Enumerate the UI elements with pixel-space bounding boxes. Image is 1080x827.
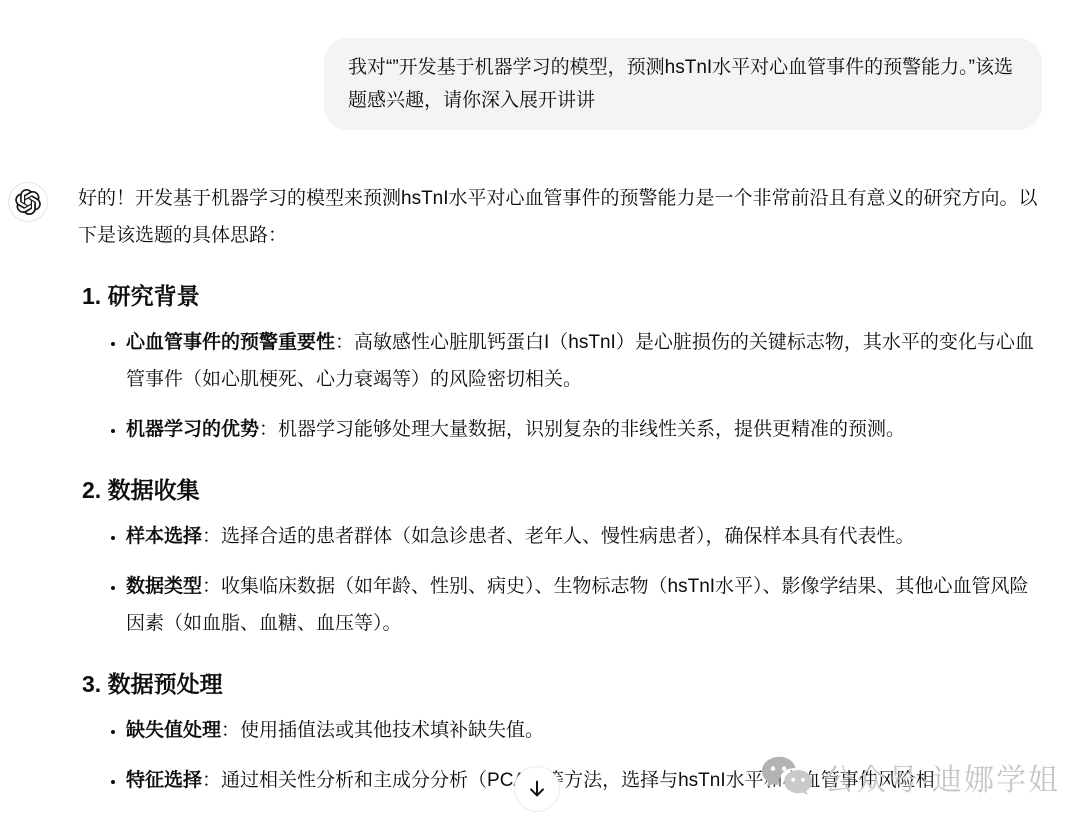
bullet-item: 机器学习的优势：机器学习能够处理大量数据，识别复杂的非线性关系，提供更精准的预测… — [126, 411, 1046, 448]
bullet-text: ：选择合适的患者群体（如急诊患者、老年人、慢性病患者），确保样本具有代表性。 — [202, 526, 915, 547]
arrow-down-icon — [526, 778, 548, 800]
bullet-item: 特征选择：通过相关性分析和主成分分析（PCA）等方法，选择与hsTnI水平和心血… — [126, 762, 1046, 799]
assistant-intro-paragraph: 好的！开发基于机器学习的模型来预测hsTnI水平对心血管事件的预警能力是一个非常… — [78, 180, 1046, 254]
assistant-sections: 1. 研究背景心血管事件的预警重要性：高敏感性心脏肌钙蛋白I（hsTnI）是心脏… — [78, 281, 1046, 799]
bullet-text: ：机器学习能够处理大量数据，识别复杂的非线性关系，提供更精准的预测。 — [259, 419, 905, 440]
bullet-text: ：使用插值法或其他技术填补缺失值。 — [221, 720, 544, 741]
bullet-label: 特征选择 — [126, 770, 202, 791]
section-heading: 1. 研究背景 — [82, 281, 1046, 311]
assistant-message-row: 好的！开发基于机器学习的模型来预测hsTnI水平对心血管事件的预警能力是一个非常… — [0, 180, 1080, 812]
bullet-list: 样本选择：选择合适的患者群体（如急诊患者、老年人、慢性病患者），确保样本具有代表… — [78, 518, 1046, 642]
bullet-label: 样本选择 — [126, 526, 202, 547]
bullet-list: 心血管事件的预警重要性：高敏感性心脏肌钙蛋白I（hsTnI）是心脏损伤的关键标志… — [78, 324, 1046, 448]
bullet-item: 缺失值处理：使用插值法或其他技术填补缺失值。 — [126, 712, 1046, 749]
bullet-label: 心血管事件的预警重要性 — [126, 332, 335, 353]
openai-logo-icon — [8, 182, 48, 222]
user-message-row: 我对“”开发基于机器学习的模型，预测hsTnI水平对心血管事件的预警能力。”该选… — [0, 0, 1080, 130]
assistant-message-content: 好的！开发基于机器学习的模型来预测hsTnI水平对心血管事件的预警能力是一个非常… — [78, 180, 1046, 812]
bullet-item: 样本选择：选择合适的患者群体（如急诊患者、老年人、慢性病患者），确保样本具有代表… — [126, 518, 1046, 555]
bullet-text: ：收集临床数据（如年龄、性别、病史）、生物标志物（hsTnI水平）、影像学结果、… — [126, 576, 1029, 634]
user-message-bubble: 我对“”开发基于机器学习的模型，预测hsTnI水平对心血管事件的预警能力。”该选… — [324, 38, 1042, 130]
bullet-label: 缺失值处理 — [126, 720, 221, 741]
section-heading: 2. 数据收集 — [82, 475, 1046, 505]
bullet-list: 缺失值处理：使用插值法或其他技术填补缺失值。特征选择：通过相关性分析和主成分分析… — [78, 712, 1046, 799]
bullet-label: 机器学习的优势 — [126, 419, 259, 440]
scroll-to-bottom-button[interactable] — [514, 766, 560, 812]
chat-page: 我对“”开发基于机器学习的模型，预测hsTnI水平对心血管事件的预警能力。”该选… — [0, 0, 1080, 827]
bullet-item: 心血管事件的预警重要性：高敏感性心脏肌钙蛋白I（hsTnI）是心脏损伤的关键标志… — [126, 324, 1046, 398]
bullet-label: 数据类型 — [126, 576, 202, 597]
bullet-item: 数据类型：收集临床数据（如年龄、性别、病史）、生物标志物（hsTnI水平）、影像… — [126, 568, 1046, 642]
section-heading: 3. 数据预处理 — [82, 669, 1046, 699]
bullet-text: ：通过相关性分析和主成分分析（PCA）等方法，选择与hsTnI水平和心血管事件风… — [202, 770, 935, 791]
